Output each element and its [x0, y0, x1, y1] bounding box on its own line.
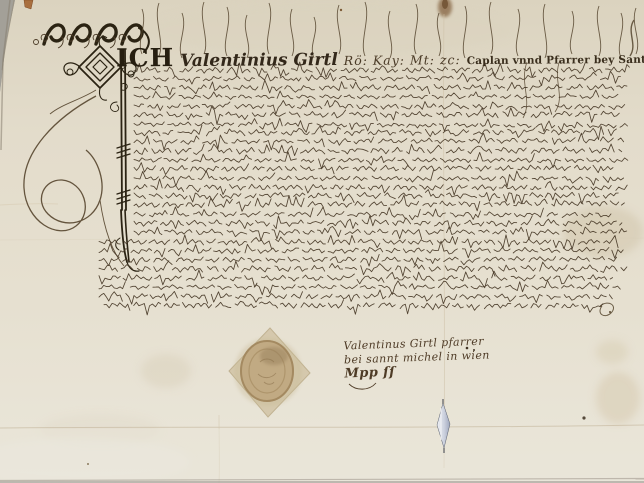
seal-smudge [260, 347, 288, 365]
manuscript-art [0, 0, 644, 483]
photo-stage: ICH Valentinius Girtl Rö: Kay: Mt: zc: C… [0, 0, 644, 483]
plica-fold-band [0, 429, 644, 481]
